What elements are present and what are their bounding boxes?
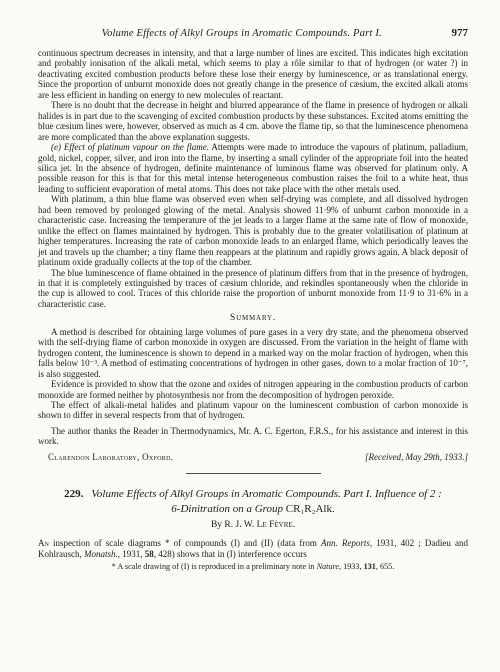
article-title: 229.Volume Effects of Alkyl Groups in Ar… xyxy=(38,487,468,516)
paragraph: The blue luminescence of flame obtained … xyxy=(38,268,468,310)
footnote-text: * A scale drawing of (I) is reproduced i… xyxy=(112,562,317,571)
summary-paragraph: The effect of alkali-metal halides and p… xyxy=(38,400,468,421)
footnote-text: , 1933, xyxy=(339,562,364,571)
footnote: * A scale drawing of (I) is reproduced i… xyxy=(38,562,468,571)
running-header: Volume Effects of Alkyl Groups in Aromat… xyxy=(38,27,468,39)
intro-text: , 1931, xyxy=(118,549,145,559)
intro-text: , 428) shows that in (I) interference oc… xyxy=(154,549,307,559)
paragraph: With platinum, a thin blue flame was obs… xyxy=(38,194,468,267)
running-header-title: Volume Effects of Alkyl Groups in Aromat… xyxy=(38,28,446,39)
journal-page: Volume Effects of Alkyl Groups in Aromat… xyxy=(0,0,500,672)
article-number: 229. xyxy=(64,488,91,500)
intro-paragraph: An inspection of scale diagrams * of com… xyxy=(38,538,468,559)
article-title-text: Volume Effects of Alkyl Groups in Aromat… xyxy=(91,488,441,515)
volume-number: 58 xyxy=(145,549,154,559)
section-label: (e) Effect of platinum vapour on the fla… xyxy=(51,142,209,152)
signature-row: Clarendon Laboratory, Oxford. [Received,… xyxy=(38,452,468,462)
intro-text: inspection of scale diagrams * of compou… xyxy=(49,538,321,548)
footnote-text: , 655. xyxy=(376,562,394,571)
acknowledgment: The author thanks the Reader in Thermody… xyxy=(38,426,468,447)
paragraph: There is no doubt that the decrease in h… xyxy=(38,100,468,142)
section-divider xyxy=(186,473,321,474)
reference-title: Monatsh. xyxy=(84,549,118,559)
author-name: Le Fèvre. xyxy=(257,520,295,530)
page-number: 977 xyxy=(446,27,469,39)
article-body: continuous spectrum decreases in intensi… xyxy=(38,48,468,462)
received-date: [Received, May 29th, 1933.] xyxy=(365,452,468,462)
article-title-formula: CR₁R₂Alk. xyxy=(286,503,335,515)
volume-number: 131 xyxy=(364,562,376,571)
summary-paragraph: Evidence is provided to show that the oz… xyxy=(38,379,468,400)
paragraph-continuation: continuous spectrum decreases in intensi… xyxy=(38,48,468,100)
summary-heading: Summary. xyxy=(38,313,468,323)
next-article: 229.Volume Effects of Alkyl Groups in Ar… xyxy=(38,487,468,571)
laboratory-address: Clarendon Laboratory, Oxford. xyxy=(38,452,173,462)
lead-word: An xyxy=(38,538,49,548)
byline-prefix: By R. J. W. xyxy=(211,520,257,530)
paragraph: (e) Effect of platinum vapour on the fla… xyxy=(38,142,468,194)
byline: By R. J. W. Le Fèvre. xyxy=(38,520,468,530)
reference-title: Ann. Reports xyxy=(321,538,370,548)
reference-title: Nature xyxy=(317,562,339,571)
summary-paragraph: A method is described for obtaining larg… xyxy=(38,327,468,379)
